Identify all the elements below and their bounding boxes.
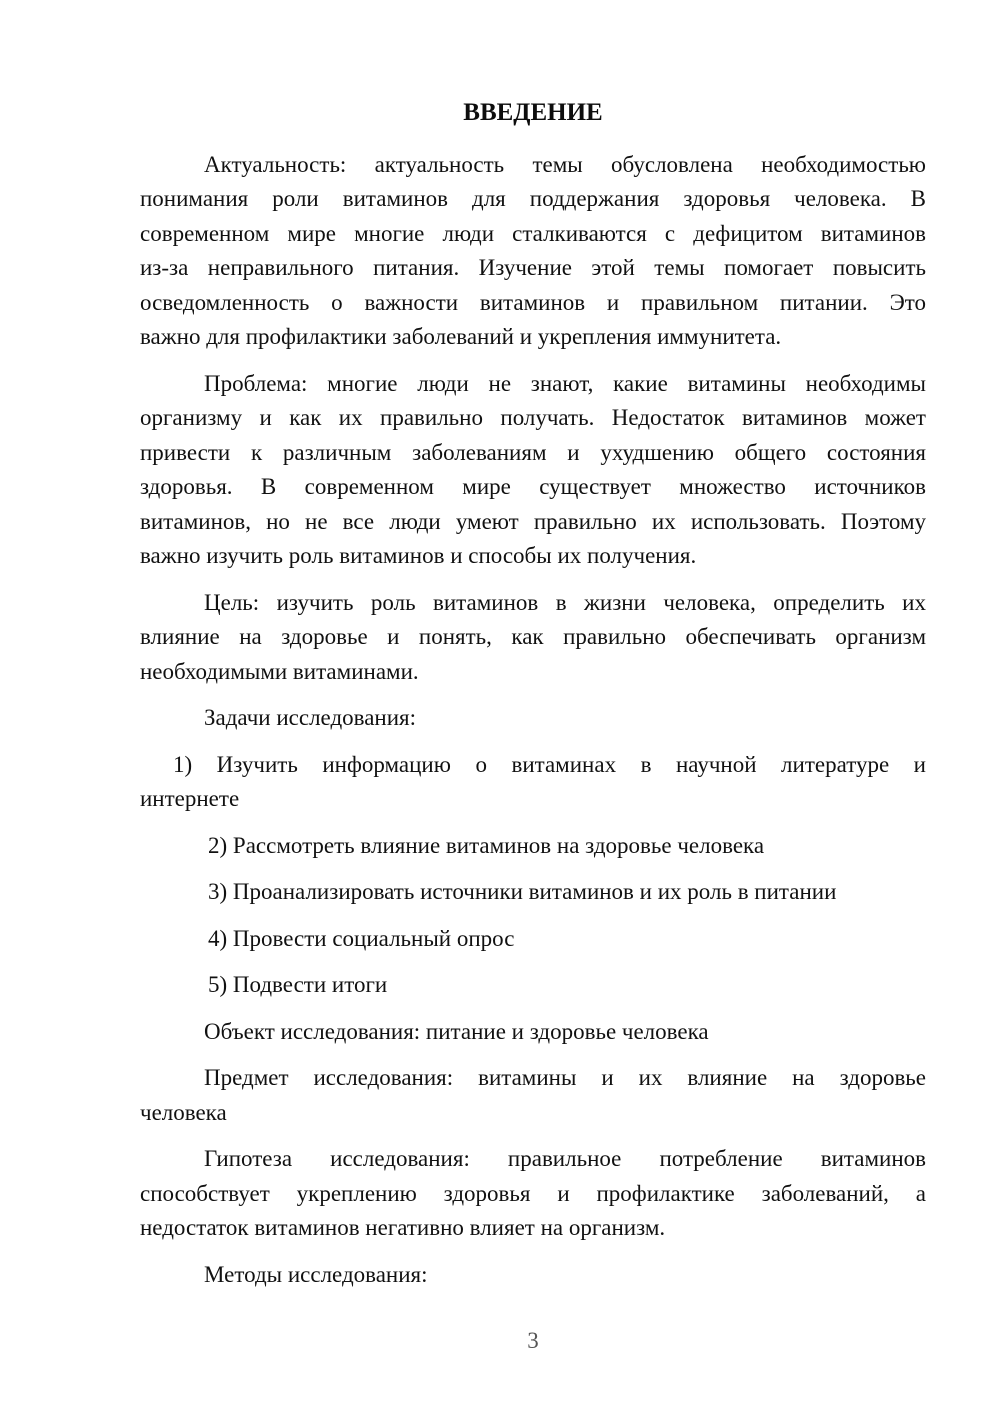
task-item-4: 4) Провести социальный опрос (140, 922, 926, 957)
text-line: 3) Проанализировать источники витаминов … (140, 875, 926, 910)
text-line: 4) Провести социальный опрос (140, 922, 926, 957)
page-title: ВВЕДЕНИЕ (140, 96, 926, 131)
text-line: влияние на здоровье и понять, как правил… (140, 620, 926, 655)
text-line: привести к различным заболеваниям и ухуд… (140, 436, 926, 471)
text-line: из-за неправильного питания. Изучение эт… (140, 251, 926, 286)
task-item-2: 2) Рассмотреть влияние витаминов на здор… (140, 829, 926, 864)
task-item-5: 5) Подвести итоги (140, 968, 926, 1003)
text-line: современном мире многие люди сталкиваютс… (140, 217, 926, 252)
text-line: Предмет исследования: витамины и их влия… (140, 1061, 926, 1096)
text-line: осведомленность о важности витаминов и п… (140, 286, 926, 321)
task-item-3: 3) Проанализировать источники витаминов … (140, 875, 926, 910)
paragraph-cel: Цель: изучить роль витаминов в жизни чел… (140, 586, 926, 690)
text-line: Актуальность: актуальность темы обусловл… (140, 148, 926, 183)
text-line: витаминов, но не все люди умеют правильн… (140, 505, 926, 540)
text-line: Задачи исследования: (140, 701, 926, 736)
text-line: 1) Изучить информацию о витаминах в науч… (140, 748, 926, 783)
text-line: Проблема: многие люди не знают, какие ви… (140, 367, 926, 402)
text-line: человека (140, 1096, 926, 1131)
text-line: способствует укреплению здоровья и профи… (140, 1177, 926, 1212)
content-area: ВВЕДЕНИЕ Актуальность: актуальность темы… (140, 96, 926, 1304)
text-line: 5) Подвести итоги (140, 968, 926, 1003)
text-line: Цель: изучить роль витаминов в жизни чел… (140, 586, 926, 621)
paragraph-aktualnost: Актуальность: актуальность темы обусловл… (140, 148, 926, 355)
text-line: понимания роли витаминов для поддержания… (140, 182, 926, 217)
paragraph-zadachi-heading: Задачи исследования: (140, 701, 926, 736)
text-line: интернете (140, 782, 926, 817)
text-line: 2) Рассмотреть влияние витаминов на здор… (140, 829, 926, 864)
task-item-1: 1) Изучить информацию о витаминах в науч… (140, 748, 926, 817)
text-line: важно изучить роль витаминов и способы и… (140, 539, 926, 574)
paragraph-obekt: Объект исследования: питание и здоровье … (140, 1015, 926, 1050)
paragraph-predmet: Предмет исследования: витамины и их влия… (140, 1061, 926, 1130)
text-line: здоровья. В современном мире существует … (140, 470, 926, 505)
document-page: ВВЕДЕНИЕ Актуальность: актуальность темы… (0, 0, 1000, 1414)
text-line: организму и как их правильно получать. Н… (140, 401, 926, 436)
text-line: недостаток витаминов негативно влияет на… (140, 1211, 926, 1246)
page-number: 3 (140, 1324, 926, 1359)
text-line: Объект исследования: питание и здоровье … (140, 1015, 926, 1050)
paragraph-metody: Методы исследования: (140, 1258, 926, 1293)
paragraph-problema: Проблема: многие люди не знают, какие ви… (140, 367, 926, 574)
text-line: важно для профилактики заболеваний и укр… (140, 320, 926, 355)
paragraph-gipoteza: Гипотеза исследования: правильное потреб… (140, 1142, 926, 1246)
text-line: Методы исследования: (140, 1258, 926, 1293)
text-line: необходимыми витаминами. (140, 655, 926, 690)
text-line: Гипотеза исследования: правильное потреб… (140, 1142, 926, 1177)
